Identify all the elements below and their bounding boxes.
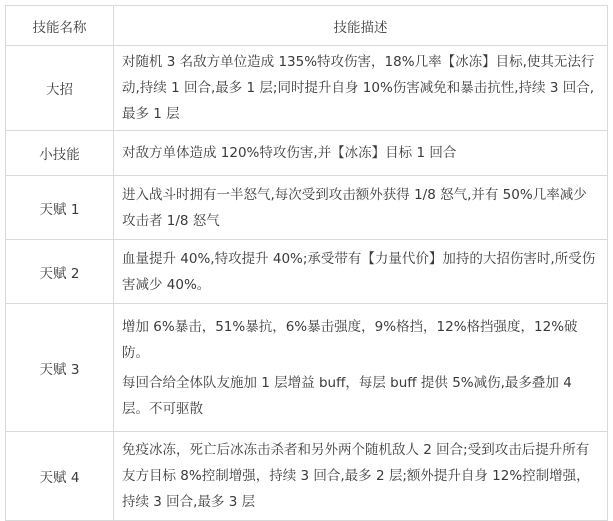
skill-description: 对随机 3 名敌方单位造成 135%特攻伤害，18%几率【冰冻】目标,使其无法行…	[114, 46, 608, 131]
header-skill-name: 技能名称	[6, 6, 114, 46]
description-text: 增加 6%暴击，51%暴抗，6%暴击强度，9%格挡，12%格挡强度，12%破防。	[122, 314, 599, 366]
description-text: 血量提升 40%,特攻提升 40%;承受带有【力量代价】加持的大招伤害时,所受伤…	[122, 246, 599, 298]
table-row: 天赋 2 血量提升 40%,特攻提升 40%;承受带有【力量代价】加持的大招伤害…	[6, 240, 608, 304]
skills-table: 技能名称 技能描述 大招 对随机 3 名敌方单位造成 135%特攻伤害，18%几…	[5, 5, 608, 514]
table-row: 小技能 对敌方单体造成 120%特攻伤害,并【冰冻】目标 1 回合	[6, 131, 608, 176]
description-text: 对随机 3 名敌方单位造成 135%特攻伤害，18%几率【冰冻】目标,使其无法行…	[122, 49, 599, 127]
skill-name: 小技能	[6, 131, 114, 176]
skill-name: 大招	[6, 46, 114, 131]
skill-name: 天赋 2	[6, 240, 114, 304]
skill-name: 天赋 4	[6, 432, 114, 515]
description-text: 每回合给全体队友施加 1 层增益 buff，每层 buff 提供 5%减伤,最多…	[122, 370, 599, 422]
skill-name: 天赋 3	[6, 304, 114, 432]
header-skill-description: 技能描述	[114, 6, 608, 46]
description-text: 免疫冰冻，死亡后冰冻击杀者和另外两个随机敌人 2 回合;受到攻击后提升所有友方目…	[122, 437, 599, 514]
skill-description: 血量提升 40%,特攻提升 40%;承受带有【力量代价】加持的大招伤害时,所受伤…	[114, 240, 608, 304]
description-text: 进入战斗时拥有一半怒气,每次受到攻击额外获得 1/8 怒气,并有 50%几率减少…	[122, 182, 599, 234]
table-row: 天赋 1 进入战斗时拥有一半怒气,每次受到攻击额外获得 1/8 怒气,并有 50…	[6, 176, 608, 240]
skill-description: 对敌方单体造成 120%特攻伤害,并【冰冻】目标 1 回合	[114, 131, 608, 176]
skill-description: 增加 6%暴击，51%暴抗，6%暴击强度，9%格挡，12%格挡强度，12%破防。…	[114, 304, 608, 432]
table-row: 天赋 4 免疫冰冻，死亡后冰冻击杀者和另外两个随机敌人 2 回合;受到攻击后提升…	[6, 432, 608, 515]
table-row: 天赋 3 增加 6%暴击，51%暴抗，6%暴击强度，9%格挡，12%格挡强度，1…	[6, 304, 608, 432]
skill-description: 进入战斗时拥有一半怒气,每次受到攻击额外获得 1/8 怒气,并有 50%几率减少…	[114, 176, 608, 240]
description-text: 对敌方单体造成 120%特攻伤害,并【冰冻】目标 1 回合	[122, 140, 599, 166]
table-header-row: 技能名称 技能描述	[6, 6, 608, 46]
table-row: 大招 对随机 3 名敌方单位造成 135%特攻伤害，18%几率【冰冻】目标,使其…	[6, 46, 608, 131]
skill-name: 天赋 1	[6, 176, 114, 240]
skill-description: 免疫冰冻，死亡后冰冻击杀者和另外两个随机敌人 2 回合;受到攻击后提升所有友方目…	[114, 432, 608, 515]
